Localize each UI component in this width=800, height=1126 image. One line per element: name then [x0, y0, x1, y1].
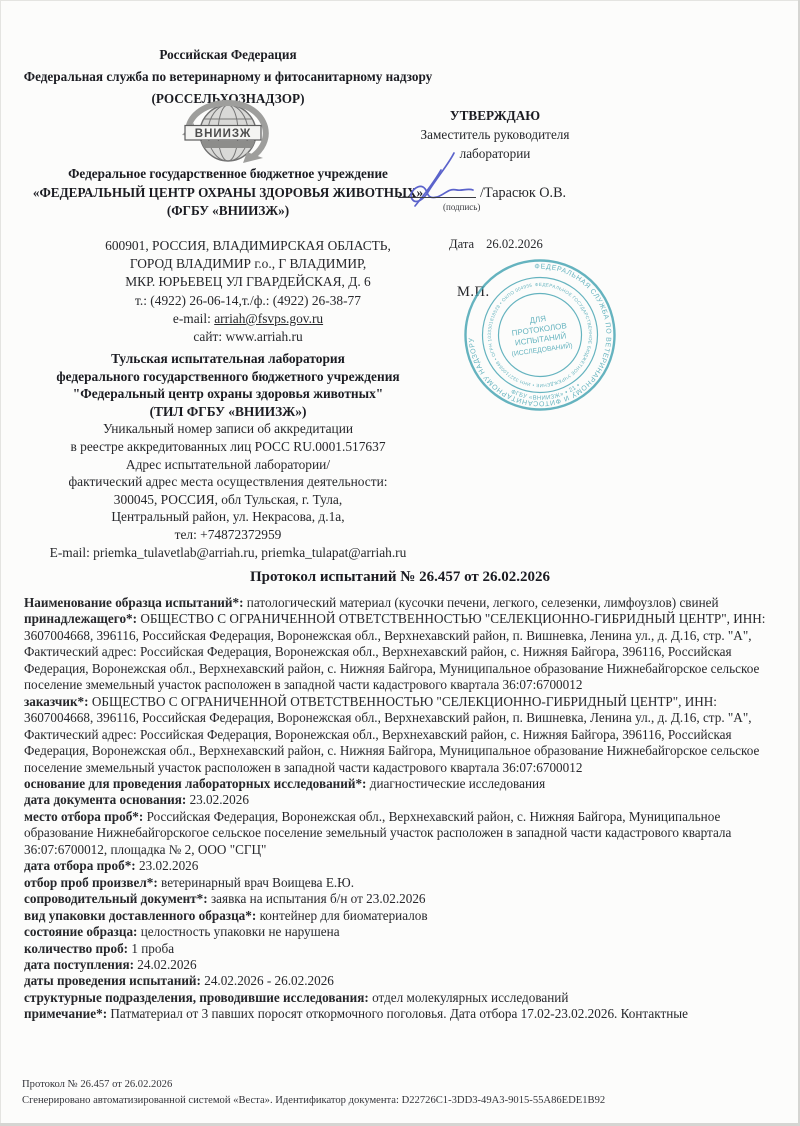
- signature-caption: (подпись): [443, 202, 480, 212]
- testing-lab-block: Тульская испытательная лаборатория федер…: [8, 350, 448, 561]
- address-line3: МКР. ЮРЬЕВЕЦ УЛ ГВАРДЕЙСКАЯ, Д. 6: [28, 273, 468, 291]
- field-sample-quantity: количество проб: 1 проба: [24, 941, 779, 957]
- lab-name-line1: Тульская испытательная лаборатория: [8, 350, 448, 368]
- globe-icon: ВНИИЗЖ: [181, 100, 275, 164]
- stamp-inner-ring-text: ФЕДЕРАЛЬНОЕ ГОСУДАРСТВЕННОЕ БЮДЖЕТНОЕ УЧ…: [451, 246, 600, 399]
- field-test-basis: основание для проведения лабораторных ис…: [24, 776, 779, 792]
- approval-title: УТВЕРЖДАЮ: [415, 108, 575, 124]
- field-packaging-type: вид упаковки доставленного образца*: кон…: [24, 908, 779, 924]
- footer-generated-by: Сгенерировано автоматизированной системо…: [22, 1093, 762, 1109]
- page-footer: Протокол № 26.457 от 26.02.2026 Сгенерир…: [22, 1077, 762, 1108]
- address-line1: 600901, РОССИЯ, ВЛАДИМИРСКАЯ ОБЛАСТЬ,: [28, 237, 468, 255]
- field-basis-date: дата документа основания: 23.02.2026: [24, 792, 779, 808]
- approver-name: /Тарасюк О.В.: [480, 185, 566, 202]
- svg-text:ФЕДЕРАЛЬНОЕ ГОСУДАРСТВЕННОЕ БЮ: ФЕДЕРАЛЬНОЕ ГОСУДАРСТВЕННОЕ БЮДЖЕТНОЕ УЧ…: [451, 246, 600, 399]
- email-label: e-mail:: [173, 311, 211, 326]
- lab-address-line2: фактический адрес места осуществления де…: [8, 473, 448, 491]
- lab-address-line3: 300045, РОССИЯ, обл Тульская, г. Тула,: [8, 491, 448, 509]
- field-testing-dates: даты проведения испытаний: 24.02.2026 - …: [24, 973, 779, 989]
- hq-address-block: 600901, РОССИЯ, ВЛАДИМИРСКАЯ ОБЛАСТЬ, ГО…: [28, 237, 468, 346]
- lab-phone: тел: +74872372959: [8, 526, 448, 544]
- field-customer: заказчик*: ОБЩЕСТВО С ОГРАНИЧЕННОЙ ОТВЕТ…: [24, 694, 779, 776]
- lab-accreditation-line1: Уникальный номер записи об аккредитации: [8, 420, 448, 438]
- field-sample-name: Наименование образца испытаний*: патолог…: [24, 595, 779, 611]
- field-sample-condition: состояние образца: целостность упаковки …: [24, 924, 779, 940]
- field-sampling-place: место отбора проб*: Российская Федерация…: [24, 809, 779, 858]
- vniizh-logo: ВНИИЗЖ: [181, 100, 275, 164]
- address-line2: ГОРОД ВЛАДИМИР г.о., Г ВЛАДИМИР,: [28, 255, 468, 273]
- field-sampled-by: отбор проб произвел*: ветеринарный врач …: [24, 875, 779, 891]
- field-note: примечание*: Патматериал от 3 павших пор…: [24, 1006, 779, 1022]
- lab-name-line2: федерального государственного бюджетного…: [8, 368, 448, 386]
- document-page: Российская Федерация Федеральная служба …: [0, 0, 800, 1126]
- field-owner: принадлежащего*: ОБЩЕСТВО С ОГРАНИЧЕННОЙ…: [24, 611, 779, 693]
- protocol-fields: Наименование образца испытаний*: патолог…: [24, 595, 779, 1023]
- lab-address-line4: Центральный район, ул. Некрасова, д.1а,: [8, 508, 448, 526]
- lab-name-line3: "Федеральный центр охраны здоровья живот…: [8, 385, 448, 403]
- footer-protocol-number: Протокол № 26.457 от 26.02.2026: [22, 1077, 762, 1093]
- field-sampling-date: дата отбора проб*: 23.02.2026: [24, 858, 779, 874]
- field-accompanying-document: сопроводительный документ*: заявка на ис…: [24, 891, 779, 907]
- approver-position-line1: Заместитель руководителя: [405, 127, 585, 143]
- org-short-line: (ФГБУ «ВНИИЗЖ»): [8, 202, 448, 221]
- address-email-line: e-mail: arriah@fsvps.gov.ru: [28, 310, 468, 328]
- logo-text: ВНИИЗЖ: [195, 128, 251, 140]
- laboratory-seal-stamp: ФЕДЕРАЛЬНАЯ СЛУЖБА ПО ВЕТЕРИНАРНОМУ И ФИ…: [451, 246, 629, 424]
- country-line: Российская Федерация: [8, 44, 448, 66]
- approval-date-value: 26.02.2026: [486, 237, 543, 251]
- lab-emails: E-mail: priemka_tulavetlab@arriah.ru, pr…: [8, 544, 448, 562]
- email-link[interactable]: arriah@fsvps.gov.ru: [214, 311, 323, 326]
- field-departments: структурные подразделения, проводившие и…: [24, 990, 779, 1006]
- address-site-line: сайт: www.arriah.ru: [28, 328, 468, 346]
- page-title: Протокол испытаний № 26.457 от 26.02.202…: [0, 569, 800, 586]
- signature-scribble: [398, 150, 490, 208]
- institution-header: Федеральное государственное бюджетное уч…: [8, 165, 448, 221]
- logo-lower-band: [199, 141, 257, 148]
- address-phone: т.: (4922) 26-06-14,т./ф.: (4922) 26-38-…: [28, 292, 468, 310]
- lab-address-line1: Адрес испытательной лаборатории/: [8, 456, 448, 474]
- field-received-date: дата поступления: 24.02.2026: [24, 957, 779, 973]
- org-type-line: Федеральное государственное бюджетное уч…: [8, 165, 448, 184]
- service-line: Федеральная служба по ветеринарному и фи…: [8, 66, 448, 88]
- signature-line: [398, 197, 476, 198]
- lab-accreditation-line2: в реестре аккредитованных лиц РОСС RU.00…: [8, 438, 448, 456]
- lab-name-line4: (ТИЛ ФГБУ «ВНИИЗЖ»): [8, 403, 448, 421]
- org-name-line: «ФЕДЕРАЛЬНЫЙ ЦЕНТР ОХРАНЫ ЗДОРОВЬЯ ЖИВОТ…: [8, 184, 448, 203]
